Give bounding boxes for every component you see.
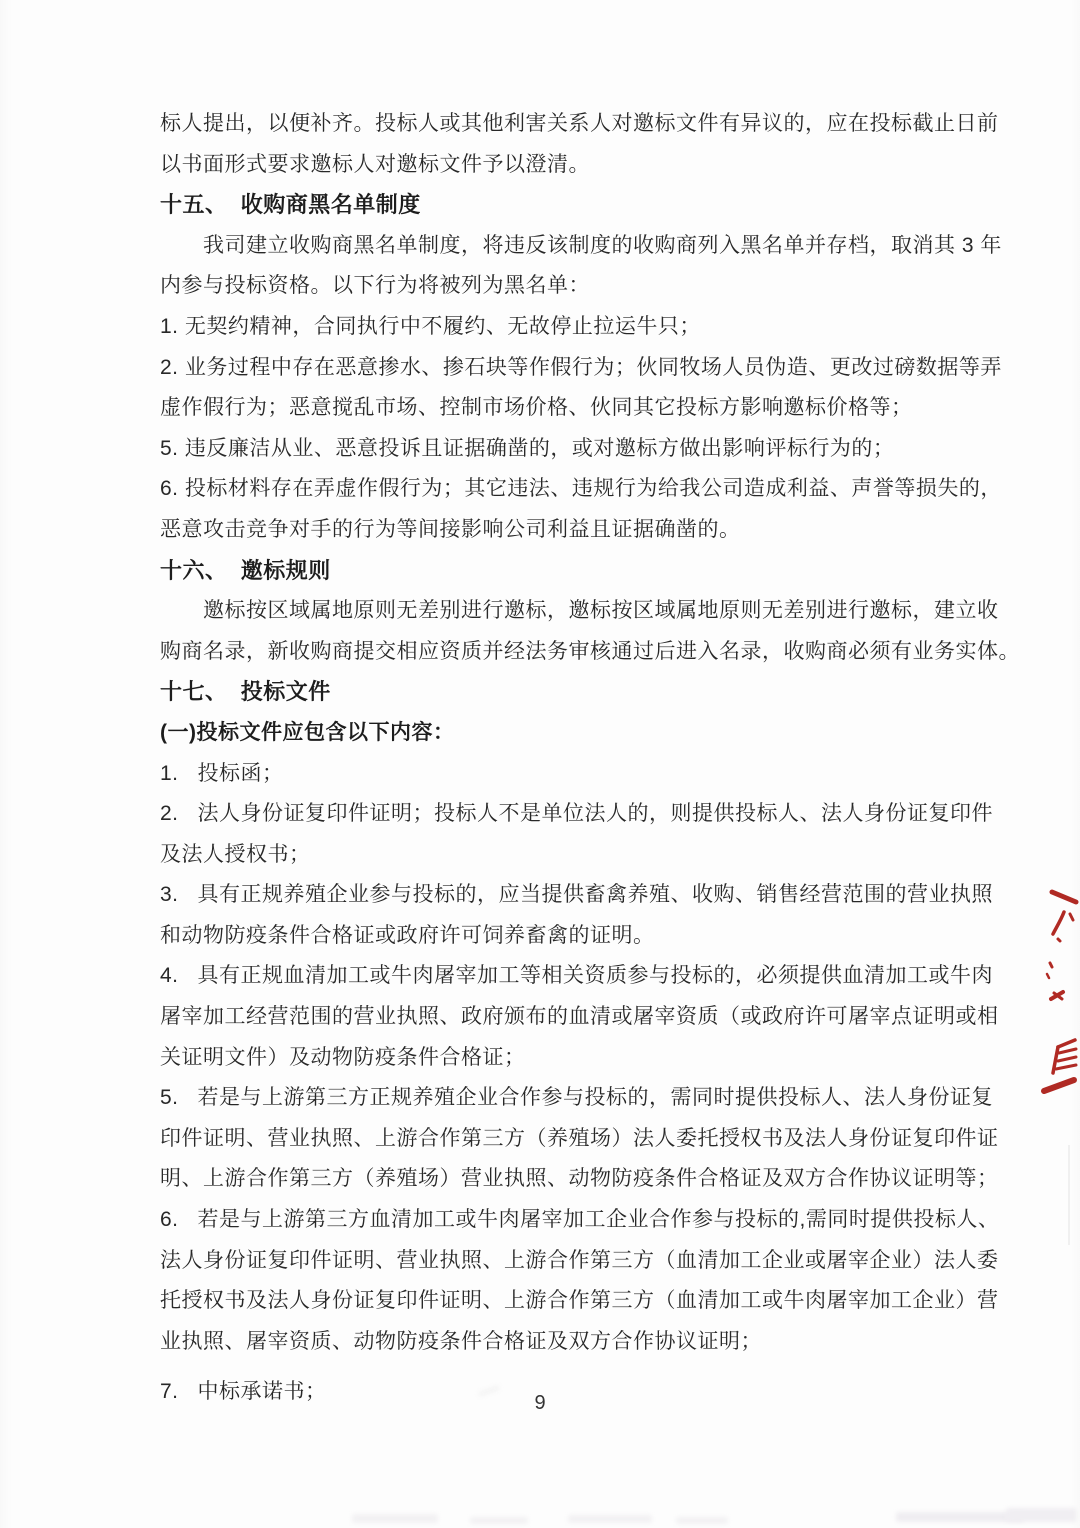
text-line: 关证明文件）及动物防疫条件合格证； <box>160 1038 972 1079</box>
scan-smudge <box>676 1517 728 1524</box>
text-line: 购商名录，新收购商提交相应资质并经法务审核通过后进入名录，收购商必须有业务实体。 <box>160 632 972 673</box>
text-line: 3. 具有正规养殖企业参与投标的，应当提供畜禽养殖、收购、销售经营范围的营业执照 <box>160 875 972 916</box>
text-line: (一)投标文件应包含以下内容： <box>160 713 972 754</box>
scan-smudge <box>568 1515 652 1523</box>
text-line: 2. 业务过程中存在恶意掺水、掺石块等作假行为；伙同牧场人员伪造、更改过磅数据等… <box>160 348 972 389</box>
text-line: 2. 法人身份证复印件证明；投标人不是单位法人的，则提供投标人、法人身份证复印件 <box>160 794 972 835</box>
text-line: 4. 具有正规血清加工或牛肉屠宰加工等相关资质参与投标的，必须提供血清加工或牛肉 <box>160 956 972 997</box>
text-line: 6. 投标材料存在弄虚作假行为；其它违法、违规行为给我公司造成利益、声誉等损失的… <box>160 469 972 510</box>
scan-smudge <box>1006 1508 1076 1522</box>
text-line: 十六、 邀标规则 <box>160 551 972 592</box>
text-line: 明、上游合作第三方（养殖场）营业执照、动物防疫条件合格证及双方合作协议证明等； <box>160 1159 972 1200</box>
red-handwriting-marks-icon <box>1020 860 1080 1110</box>
text-line: 6. 若是与上游第三方血清加工或牛肉屠宰加工企业合作参与投标的,需同时提供投标人… <box>160 1200 972 1241</box>
scan-smudge <box>470 1517 528 1524</box>
text-line: 1. 投标函； <box>160 754 972 795</box>
text-line: 和动物防疫条件合格证或政府许可饲养畜禽的证明。 <box>160 916 972 957</box>
text-line: 十七、 投标文件 <box>160 672 972 713</box>
text-line: 屠宰加工经营范围的营业执照、政府颁布的血清或屠宰资质（或政府许可屠宰点证明或相 <box>160 997 972 1038</box>
document-body: 标人提出，以便补齐。投标人或其他利害关系人对邀标文件有异议的，应在投标截止日前以… <box>160 104 972 1413</box>
text-line: 标人提出，以便补齐。投标人或其他利害关系人对邀标文件有异议的，应在投标截止日前 <box>160 104 972 145</box>
page-number: 9 <box>0 1392 1080 1415</box>
text-line: 恶意攻击竞争对手的行为等间接影响公司利益且证据确凿的。 <box>160 510 972 551</box>
scan-smudge <box>896 1512 1024 1522</box>
text-line: 5. 若是与上游第三方正规养殖企业合作参与投标的，需同时提供投标人、法人身份证复 <box>160 1078 972 1119</box>
scanned-document-page: 标人提出，以便补齐。投标人或其他利害关系人对邀标文件有异议的，应在投标截止日前以… <box>0 0 1080 1528</box>
text-line: 十五、 收购商黑名单制度 <box>160 185 972 226</box>
text-line: 虚作假行为；恶意搅乱市场、控制市场价格、伙同其它投标方影响邀标价格等； <box>160 388 972 429</box>
text-line: 托授权书及法人身份证复印件证明、上游合作第三方（血清加工或牛肉屠宰加工企业）营 <box>160 1281 972 1322</box>
text-line: 1. 无契约精神，合同执行中不履约、无故停止拉运牛只； <box>160 307 972 348</box>
text-line: 邀标按区域属地原则无差别进行邀标，邀标按区域属地原则无差别进行邀标，建立收 <box>160 591 972 632</box>
text-line: 业执照、屠宰资质、动物防疫条件合格证及双方合作协议证明； <box>160 1322 972 1363</box>
scan-edge-artifact <box>1068 1145 1070 1245</box>
text-line: 我司建立收购商黑名单制度，将违反该制度的收购商列入黑名单并存档，取消其 3 年 <box>160 226 972 267</box>
text-line: 印件证明、营业执照、上游合作第三方（养殖场）法人委托授权书及法人身份证复印件证 <box>160 1119 972 1160</box>
text-line: 以书面形式要求邀标人对邀标文件予以澄清。 <box>160 145 972 186</box>
text-line: 5. 违反廉洁从业、恶意投诉且证据确凿的，或对邀标方做出影响评标行为的； <box>160 429 972 470</box>
text-line: 内参与投标资格。以下行为将被列为黑名单： <box>160 266 972 307</box>
text-line: 法人身份证复印件证明、营业执照、上游合作第三方（血清加工企业或屠宰企业）法人委 <box>160 1241 972 1282</box>
text-line: 及法人授权书； <box>160 835 972 876</box>
scan-smudge <box>352 1514 438 1523</box>
